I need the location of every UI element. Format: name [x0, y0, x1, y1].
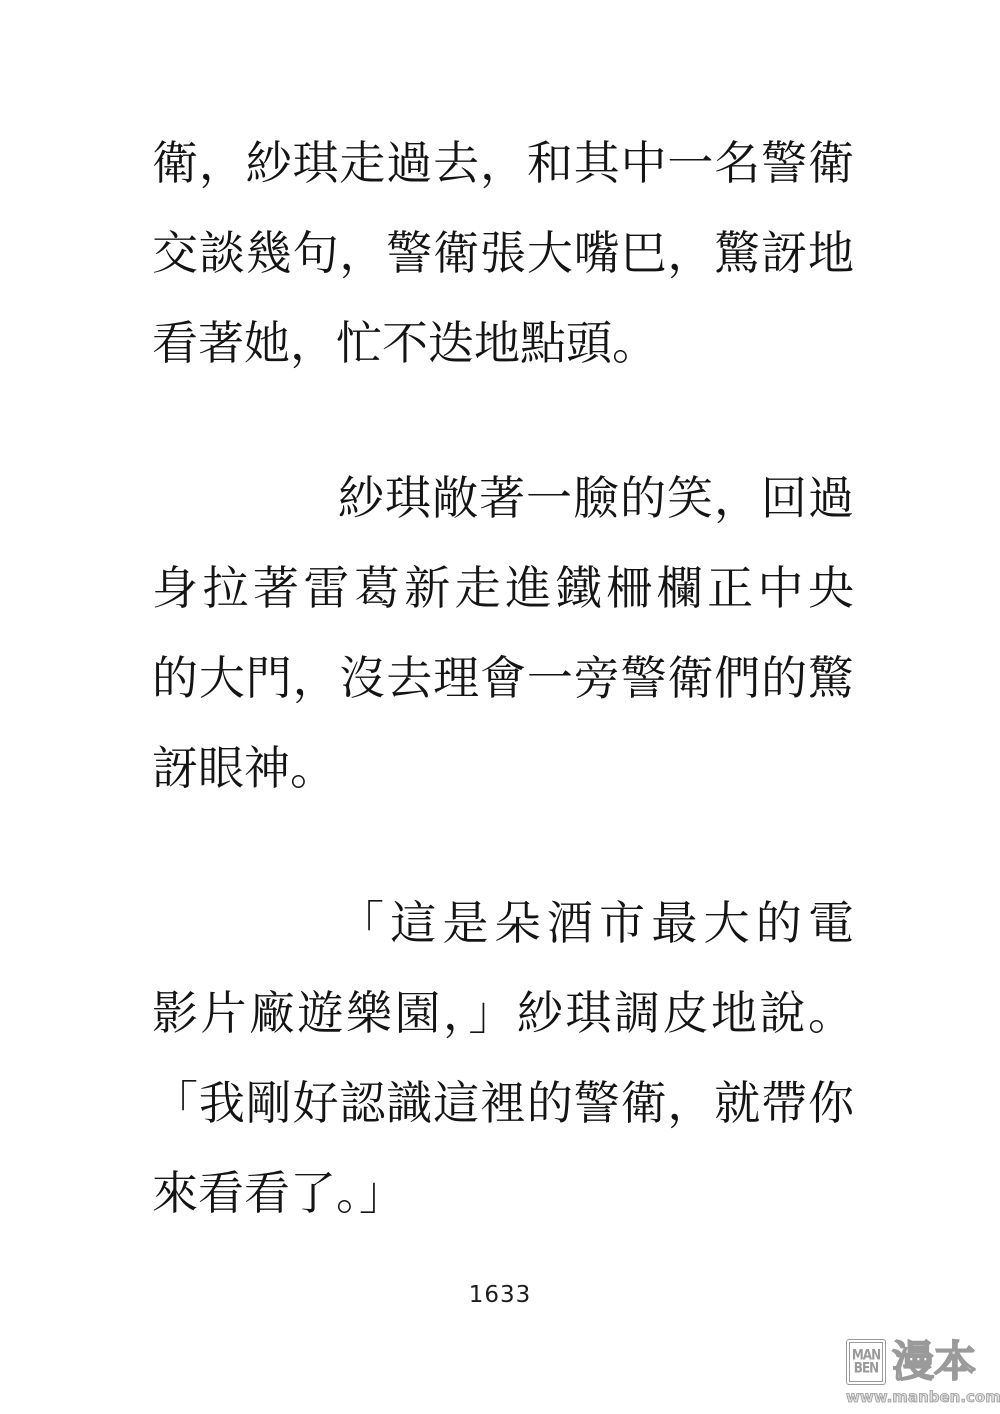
ebook-page: 衛，紗琪走過去，和其中一名警衛 交談幾句，警衛張大嘴巴，驚訝地 看著她，忙不迭地… — [0, 0, 1000, 1414]
manben-watermark: MAN BEN 漫本 www.manben.com — [846, 1338, 992, 1406]
watermark-url: www.manben.com — [846, 1388, 992, 1406]
paragraph: 「這是朵酒市最大的電 影片廠遊樂園，」紗琪調皮地說。 「我剛好認識這裡的警衛，就… — [152, 878, 854, 1238]
text-line: 來看看了。」 — [152, 1148, 854, 1238]
text-line: 紗琪敞著一臉的笑，回過 — [152, 453, 854, 543]
page-number: 1633 — [0, 1282, 1000, 1308]
logo-box-text-bottom: BEN — [854, 1361, 878, 1376]
text-line: 的大門，沒去理會一旁警衛們的驚 — [152, 633, 854, 723]
novel-text-block: 衛，紗琪走過去，和其中一名警衛 交談幾句，警衛張大嘴巴，驚訝地 看著她，忙不迭地… — [152, 118, 854, 1238]
text-line: 訝眼神。 — [152, 723, 854, 813]
text-line: 「這是朵酒市最大的電 — [152, 878, 854, 968]
text-line: 看著她，忙不迭地點頭。 — [152, 298, 854, 388]
text-line: 「我剛好認識這裡的警衛，就帶你 — [152, 1058, 854, 1148]
paragraph: 衛，紗琪走過去，和其中一名警衛 交談幾句，警衛張大嘴巴，驚訝地 看著她，忙不迭地… — [152, 118, 854, 388]
text-line: 影片廠遊樂園，」紗琪調皮地說。 — [152, 968, 854, 1058]
text-line: 交談幾句，警衛張大嘴巴，驚訝地 — [152, 208, 854, 298]
paragraph: 紗琪敞著一臉的笑，回過 身拉著雷葛新走進鐵柵欄正中央 的大門，沒去理會一旁警衛們… — [152, 453, 854, 813]
watermark-logo-row: MAN BEN 漫本 — [846, 1338, 992, 1386]
text-line: 身拉著雷葛新走進鐵柵欄正中央 — [152, 543, 854, 633]
watermark-brand-name: 漫本 — [892, 1339, 976, 1385]
manben-logo-icon: MAN BEN — [846, 1339, 886, 1385]
text-line: 衛，紗琪走過去，和其中一名警衛 — [152, 118, 854, 208]
